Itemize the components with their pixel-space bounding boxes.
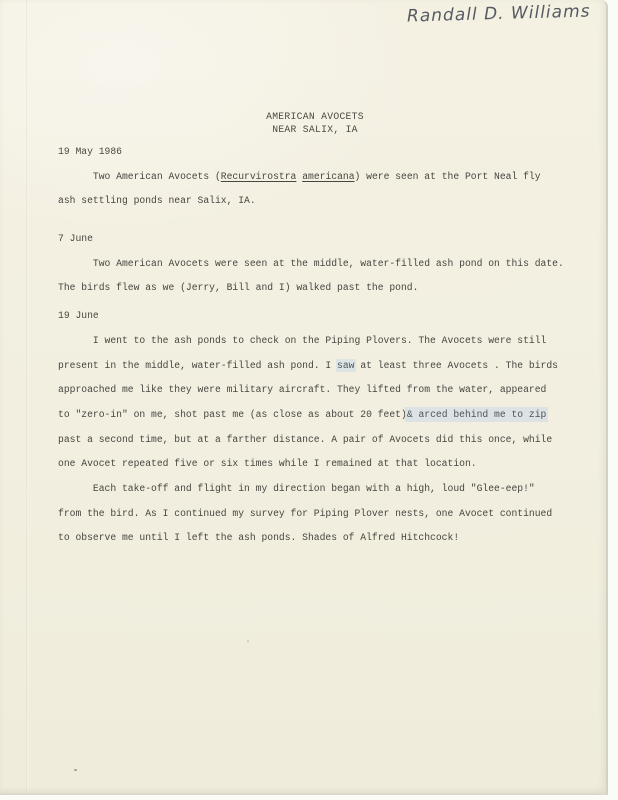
document-text: AMERICAN AVOCETS NEAR SALIX, IA 19 May 1… [58,110,572,551]
paper-speck [74,769,77,771]
text-segment: approached me like they were military ai… [58,384,546,395]
text-segment: ash settling ponds near Salix, IA. [58,195,256,206]
fold-crease [26,0,29,793]
entry-date: 19 June [58,304,572,329]
paper-speck [247,640,249,642]
document-title: AMERICAN AVOCETS NEAR SALIX, IA [58,110,572,136]
text-segment: Two American Avocets were seen at the mi… [58,258,564,269]
document-line: approached me like they were military ai… [58,378,572,403]
species-name: Recurvirostra [221,171,297,182]
document-line: Two American Avocets were seen at the mi… [58,252,572,277]
journal-entry: 19 May 1986 Two American Avocets (Recurv… [58,140,572,214]
document-line: ash settling ponds near Salix, IA. [58,189,572,214]
text-segment: to observe me until I left the ash ponds… [58,532,459,543]
text-segment: ) were seen at the Port Neal fly [355,171,541,182]
handwritten-name: Randall D. Williams [406,1,590,26]
text-segment: Each take-off and flight in my direction… [58,483,535,494]
document-line: one Avocet repeated five or six times wh… [58,452,572,477]
text-segment: present in the middle, water-filled ash … [58,360,337,371]
document-line: to observe me until I left the ash ponds… [58,526,572,551]
journal-entry: 7 June Two American Avocets were seen at… [58,227,572,301]
text-segment: at least three Avocets . The birds [355,360,558,371]
document-line: present in the middle, water-filled ash … [58,354,572,379]
text-segment: to "zero-in" on me, shot past me (as clo… [58,409,407,420]
document-line: past a second time, but at a farther dis… [58,428,572,453]
document-line: I went to the ash ponds to check on the … [58,329,572,354]
title-line-1: AMERICAN AVOCETS [58,110,572,123]
journal-entry: 19 June I went to the ash ponds to check… [58,304,572,551]
title-line-2: NEAR SALIX, IA [58,123,572,136]
document-line: from the bird. As I continued my survey … [58,502,572,527]
entry-date: 7 June [58,227,572,252]
document-line: Two American Avocets (Recurvirostra amer… [58,165,572,190]
document-line: The birds flew as we (Jerry, Bill and I)… [58,276,572,301]
text-segment: The birds flew as we (Jerry, Bill and I)… [58,282,418,293]
text-segment: past a second time, but at a farther dis… [58,434,552,445]
entry-date: 19 May 1986 [58,140,572,165]
document-page: Randall D. Williams AMERICAN AVOCETS NEA… [0,0,608,795]
species-name: americana [302,171,354,182]
corrected-text: & arced behind me to zip [407,409,547,420]
corrected-text: saw [337,360,354,371]
document-body: 19 May 1986 Two American Avocets (Recurv… [58,140,572,551]
text-segment: one Avocet repeated five or six times wh… [58,458,477,469]
text-segment: Two American Avocets ( [58,171,221,182]
text-segment: from the bird. As I continued my survey … [58,508,552,519]
text-segment: I went to the ash ponds to check on the … [58,335,546,346]
document-line: Each take-off and flight in my direction… [58,477,572,502]
document-line: to "zero-in" on me, shot past me (as clo… [58,403,572,428]
